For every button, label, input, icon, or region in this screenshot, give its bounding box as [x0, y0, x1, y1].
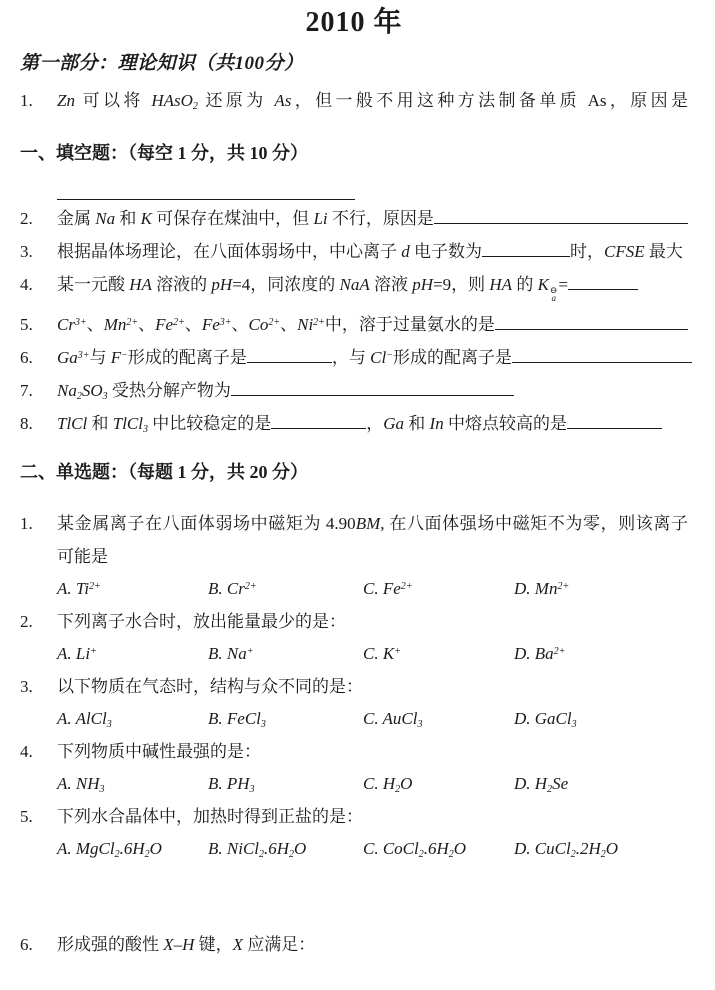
option-d: D. GaCl3 [514, 709, 688, 729]
option-c: C. H2O [363, 774, 514, 794]
question-text: Zn 可以将 HAsO2 还原为 As，但一般不用这种方法制备单质 As，原因是 [57, 91, 688, 111]
exam-page: 2010 年 第一部分：理论知识（共100分） 1. Zn 可以将 HAsO2 … [0, 0, 715, 990]
option-c: C. Fe2+ [363, 579, 514, 599]
question-number [20, 547, 57, 567]
question-number: 2. [20, 209, 57, 229]
page-title: 2010 年 [20, 6, 688, 40]
question-text: Cr3+、Mn2+、Fe2+、Fe3+、Co2+、Ni2+中，溶于过量氨水的是 [57, 315, 688, 335]
fill-question-5: 5. Cr3+、Mn2+、Fe2+、Fe3+、Co2+、Ni2+中，溶于过量氨水… [20, 315, 688, 335]
section2-heading: 二、单选题：（每题 1 分，共 20 分） [20, 462, 688, 483]
question-number: 4. [20, 275, 57, 302]
answer-blank [568, 286, 638, 290]
mc-question-2: 2. 下列离子水合时，放出能量最少的是： A. Li+ B. Na+ C. K+… [20, 612, 688, 664]
options-row: A. Li+ B. Na+ C. K+ D. Ba2+ [57, 644, 688, 664]
option-a: A. Li+ [57, 644, 208, 664]
option-d: D. Ba2+ [514, 644, 688, 664]
question-text: 下列物质中碱性最强的是： [57, 742, 688, 762]
answer-blank [247, 359, 332, 363]
question-text: 形成强的酸性 X–H 键，X 应满足： [57, 935, 688, 955]
options-row: A. Ti2+ B. Cr2+ C. Fe2+ D. Mn2+ [57, 579, 688, 599]
question-text: Ga3+与 F−形成的配离子是，与 Cl−形成的配离子是 [57, 348, 688, 368]
question-number: 6. [20, 935, 57, 955]
option-b: B. Cr2+ [208, 579, 363, 599]
fill-question-4: 4. 某一元酸 HA 溶液的 pH=4，同浓度的 NaA 溶液 pH=9，则 H… [20, 275, 688, 302]
question-number: 1. [20, 91, 57, 111]
fill-question-7: 7. Na2SO3 受热分解产物为 [20, 381, 688, 401]
question-number: 5. [20, 315, 57, 335]
answer-line [57, 196, 688, 200]
question-text: 下列离子水合时，放出能量最少的是： [57, 612, 688, 632]
question-number [20, 196, 57, 200]
mc-question-3: 3. 以下物质在气态时，结构与众不同的是： A. AlCl3 B. FeCl3 … [20, 677, 688, 729]
option-c: C. CoCl2.6H2O [363, 839, 514, 859]
question-text: 根据晶体场理论，在八面体弱场中，中心离子 d 电子数为时，CFSE 最大 [57, 242, 688, 262]
mc-question-1: 1. 某金属离子在八面体弱场中磁矩为 4.90BM, 在八面体强场中磁矩不为零，… [20, 514, 688, 599]
option-a: A. MgCl2.6H2O [57, 839, 208, 859]
option-b: B. Na+ [208, 644, 363, 664]
question-number: 4. [20, 742, 57, 762]
answer-blank [434, 220, 688, 224]
option-b: B. PH3 [208, 774, 363, 794]
option-a: A. Ti2+ [57, 579, 208, 599]
section1-heading: 一、填空题：（每空 1 分，共 10 分） [20, 143, 688, 164]
question-number: 5. [20, 807, 57, 827]
question-number: 1. [20, 514, 57, 534]
mc-question-6: 6. 形成强的酸性 X–H 键，X 应满足： [20, 935, 688, 955]
answer-blank [512, 359, 692, 363]
mc-question-5: 5. 下列水合晶体中，加热时得到正盐的是： A. MgCl2.6H2O B. N… [20, 807, 688, 859]
options-row: A. MgCl2.6H2O B. NiCl2.6H2O C. CoCl2.6H2… [57, 839, 688, 859]
options-row: A. AlCl3 B. FeCl3 C. AuCl3 D. GaCl3 [57, 709, 688, 729]
question-number: 7. [20, 381, 57, 401]
option-c: C. AuCl3 [363, 709, 514, 729]
option-d: D. CuCl2.2H2O [514, 839, 688, 859]
question-text: 金属 Na 和 K 可保存在煤油中，但 Li 不行，原因是 [57, 209, 688, 229]
answer-blank [495, 326, 688, 330]
answer-blank [482, 253, 570, 257]
answer-line-row [20, 196, 688, 200]
fill-question-3: 3. 根据晶体场理论，在八面体弱场中，中心离子 d 电子数为时，CFSE 最大 [20, 242, 688, 262]
answer-blank [231, 392, 514, 396]
answer-blank [567, 425, 662, 429]
part1-heading: 第一部分：理论知识（共100分） [20, 53, 688, 75]
answer-blank [271, 425, 366, 429]
option-c: C. K+ [363, 644, 514, 664]
question-number: 3. [20, 242, 57, 262]
mc-question-4: 4. 下列物质中碱性最强的是： A. NH3 B. PH3 C. H2O D. … [20, 742, 688, 794]
option-d: D. Mn2+ [514, 579, 688, 599]
question-text: 某一元酸 HA 溶液的 pH=4，同浓度的 NaA 溶液 pH=9，则 HA 的… [57, 275, 688, 302]
question-text: 某金属离子在八面体弱场中磁矩为 4.90BM, 在八面体强场中磁矩不为零，则该离… [57, 514, 688, 534]
question-number: 3. [20, 677, 57, 697]
question-number: 2. [20, 612, 57, 632]
option-b: B. NiCl2.6H2O [208, 839, 363, 859]
fill-question-2: 2. 金属 Na 和 K 可保存在煤油中，但 Li 不行，原因是 [20, 209, 688, 229]
question-number: 6. [20, 348, 57, 368]
question-number: 8. [20, 414, 57, 434]
question-text-continued: 可能是 [57, 547, 688, 567]
question-text: Na2SO3 受热分解产物为 [57, 381, 688, 401]
option-d: D. H2Se [514, 774, 688, 794]
question-text: TlCl 和 TlCl3 中比较稳定的是，Ga 和 In 中熔点较高的是 [57, 414, 688, 434]
fill-question-6: 6. Ga3+与 F−形成的配离子是，与 Cl−形成的配离子是 [20, 348, 688, 368]
question-text: 下列水合晶体中，加热时得到正盐的是： [57, 807, 688, 827]
question-text: 以下物质在气态时，结构与众不同的是： [57, 677, 688, 697]
option-a: A. NH3 [57, 774, 208, 794]
answer-blank [57, 196, 355, 200]
standard-state-symbol: ⊖a [549, 286, 559, 302]
options-row: A. NH3 B. PH3 C. H2O D. H2Se [57, 774, 688, 794]
theory-question-1: 1. Zn 可以将 HAsO2 还原为 As，但一般不用这种方法制备单质 As，… [20, 91, 688, 111]
fill-question-8: 8. TlCl 和 TlCl3 中比较稳定的是，Ga 和 In 中熔点较高的是 [20, 414, 688, 434]
option-a: A. AlCl3 [57, 709, 208, 729]
option-b: B. FeCl3 [208, 709, 363, 729]
